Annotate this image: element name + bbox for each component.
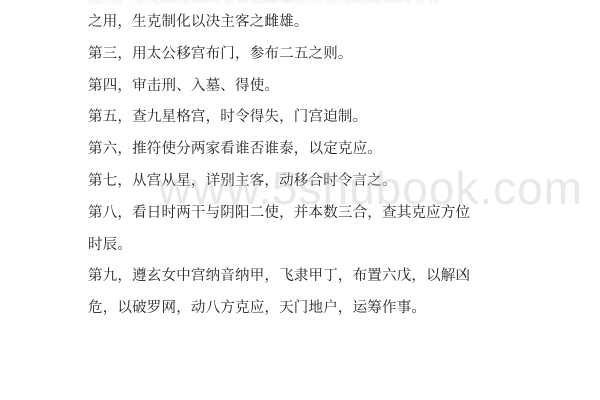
text-line-5: 第六，推符使分两家看谁否谁泰，以定克应。 bbox=[88, 139, 382, 159]
text-line-6: 第七，从宫从星，详别主客，动移合时令言之。 bbox=[88, 171, 397, 191]
cut-off-top-line: 之用，生克制化以决主客之雌雄之用生克制化以决主客 bbox=[88, 0, 441, 8]
text-line-10: 危，以破罗网，动八方克应，天门地户，运筹作事。 bbox=[88, 298, 426, 318]
text-line-3: 第四，审击刑、入墓、得使。 bbox=[88, 76, 279, 96]
text-line-2: 第三，用太公移宫布门，参布二五之则。 bbox=[88, 44, 353, 64]
text-line-9: 第九，遵玄女中宫纳音纳甲，飞隶甲丁，布置六戊，以解凶 bbox=[88, 266, 470, 286]
text-line-7: 第八，看日时两干与阴阳二使，并本数三合，查其克应方位 bbox=[88, 203, 470, 223]
text-line-1: 之用，生克制化以决主客之雌雄。 bbox=[88, 12, 309, 32]
document-page: 之用，生克制化以决主客之雌雄之用生克制化以决主客 之用，生克制化以决主客之雌雄。… bbox=[0, 0, 600, 400]
text-line-8: 时辰。 bbox=[88, 235, 132, 255]
text-line-4: 第五，查九星格宫，时令得失，门宫迫制。 bbox=[88, 107, 367, 127]
